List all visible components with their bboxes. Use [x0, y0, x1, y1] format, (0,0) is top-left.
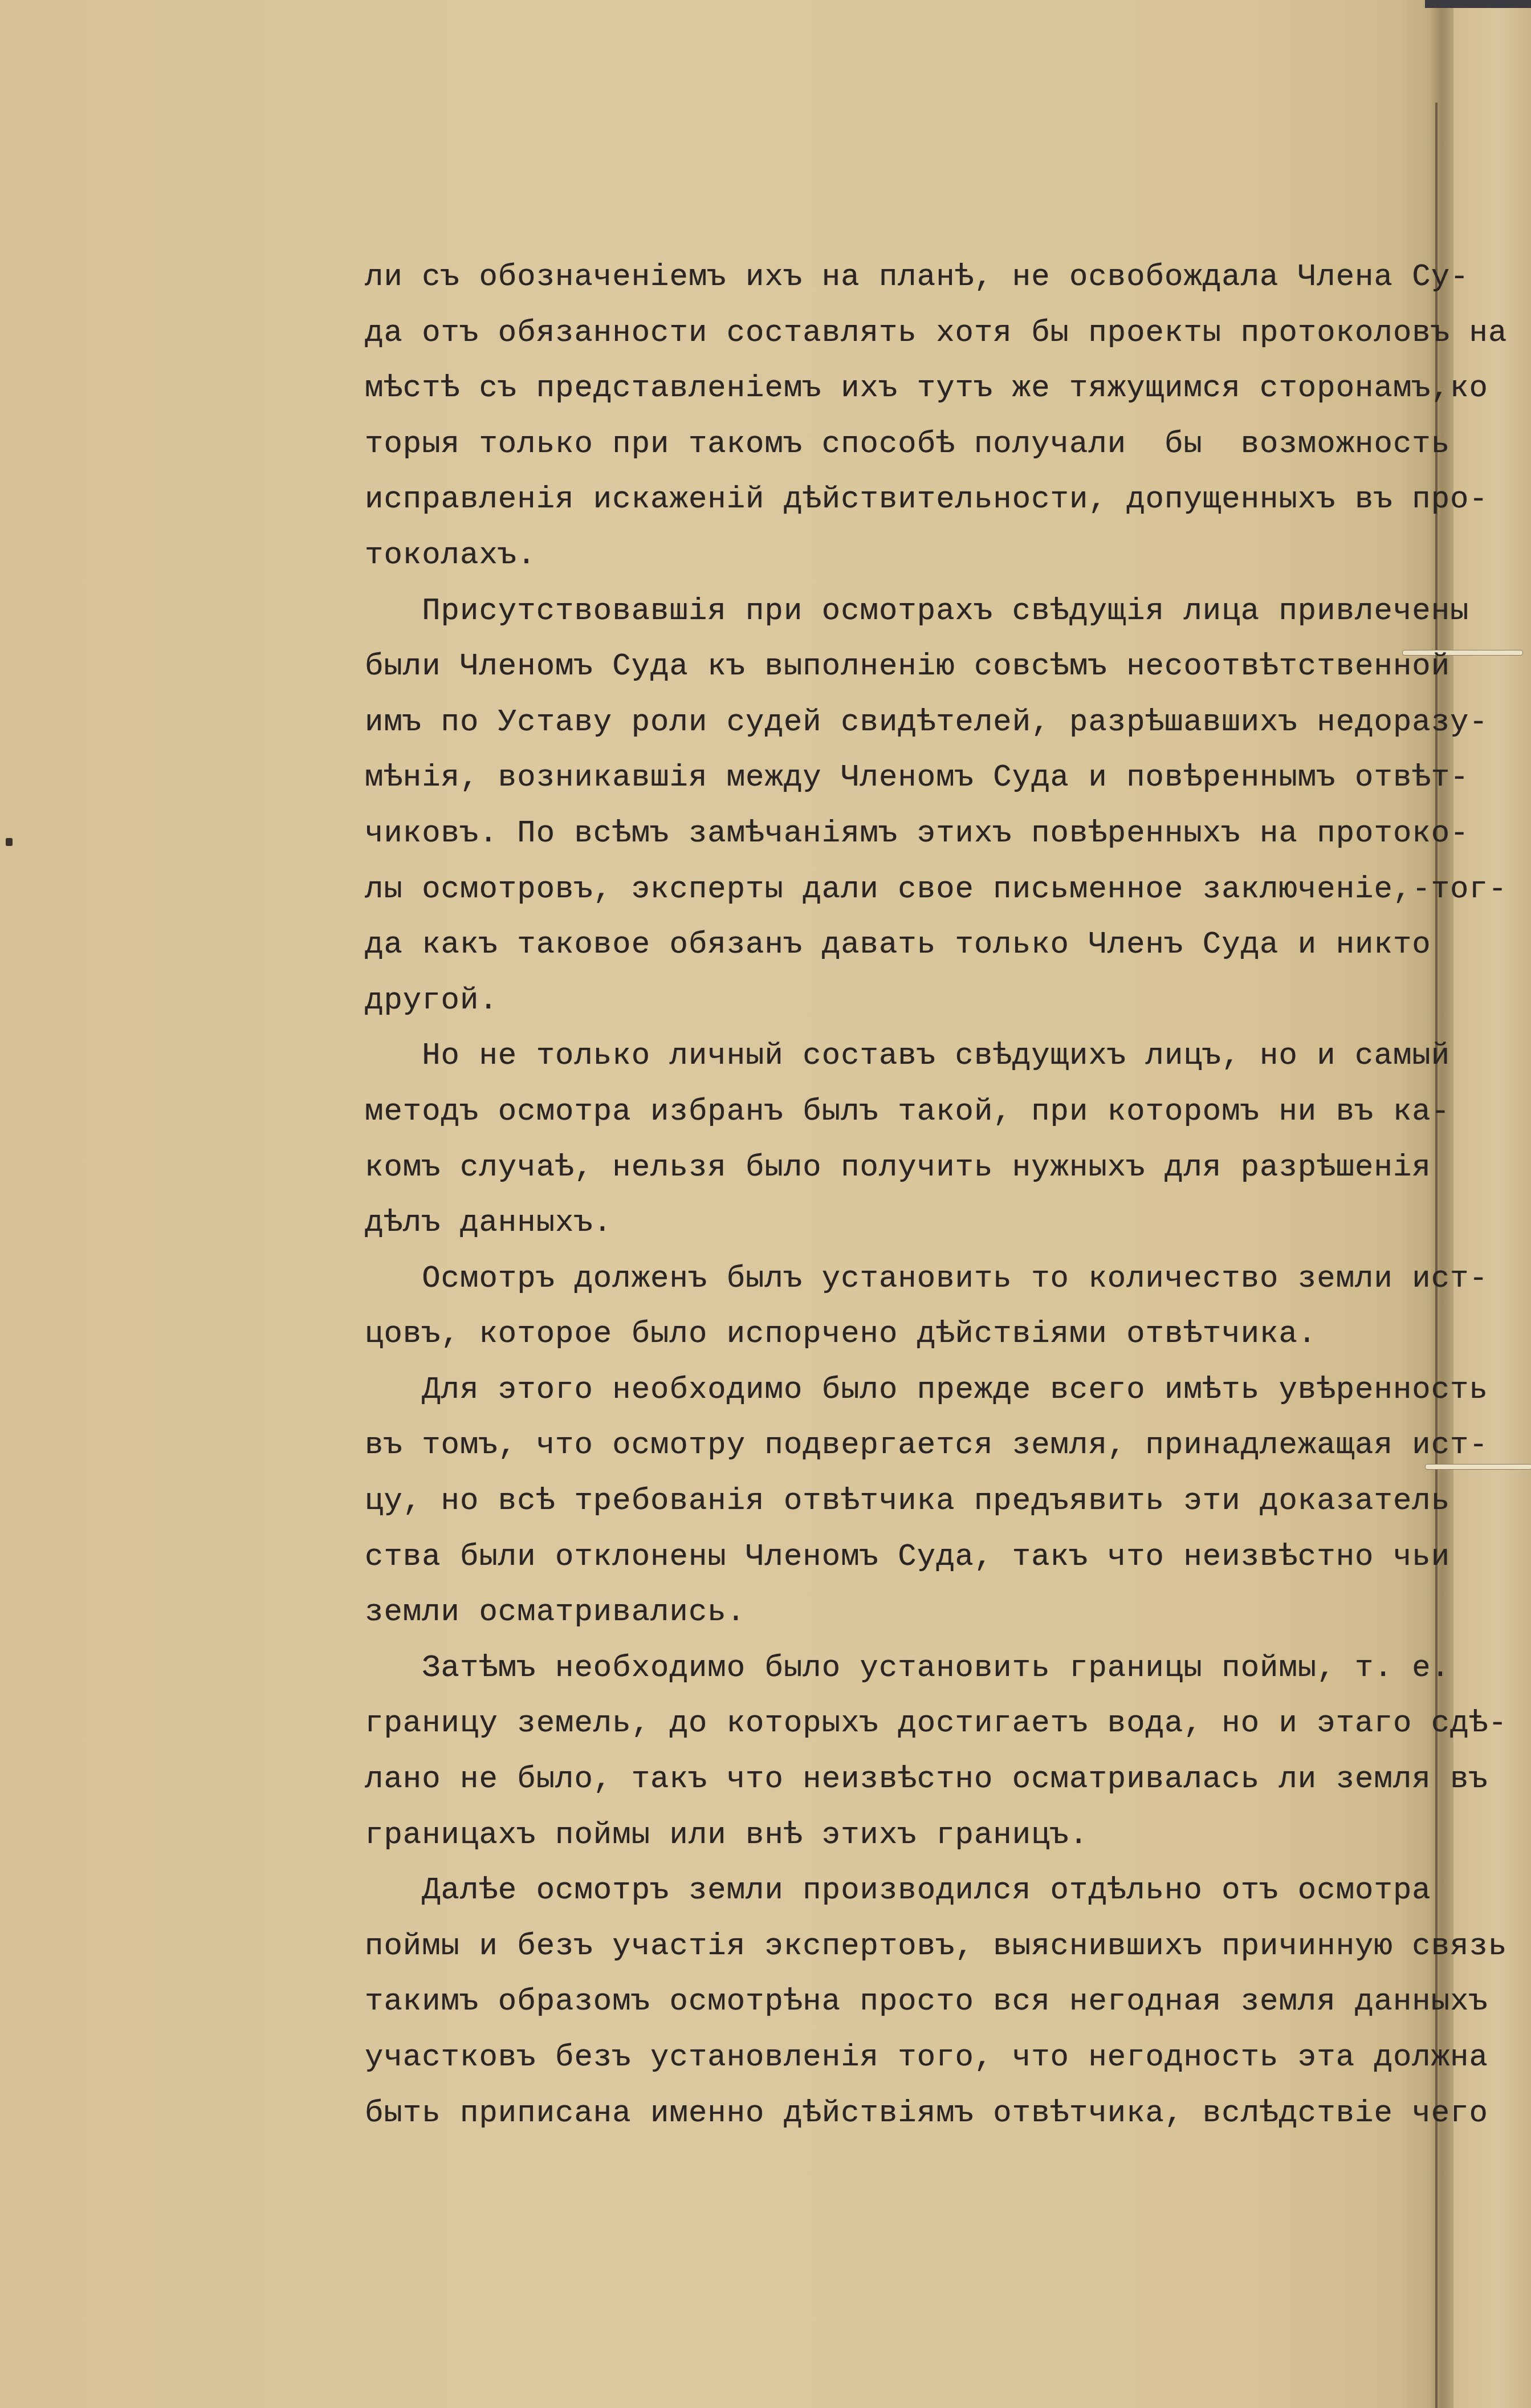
- text-line: да отъ обязанности составлять хотя бы пр…: [365, 306, 1436, 361]
- text-line: цу, но всѣ требованiя отвѣтчика предъяви…: [365, 1474, 1436, 1530]
- text-line: мѣнiя, возникавшiя между Членомъ Суда и …: [365, 750, 1436, 806]
- text-line: лано не было, такъ что неизвѣстно осматр…: [365, 1752, 1436, 1808]
- text-line: чиковъ. По всѣмъ замѣчанiямъ этихъ повѣр…: [365, 806, 1436, 862]
- text-line: цовъ, которое было испорчено дѣйствiями …: [365, 1307, 1436, 1362]
- text-line: въ томъ, что осмотру подвергается земля,…: [365, 1418, 1436, 1474]
- text-line: токолахъ.: [365, 528, 1436, 584]
- text-line: поймы и безъ участiя экспертовъ, выяснив…: [365, 1919, 1436, 1975]
- text-line: участковъ безъ установленiя того, что не…: [365, 2030, 1436, 2086]
- binding-top-shadow: [1425, 0, 1531, 8]
- text-line: Далѣе осмотръ земли производился отдѣльн…: [365, 1863, 1436, 1919]
- text-line: исправленiя искаженiй дѣйствительности, …: [365, 472, 1436, 528]
- text-line: были Членомъ Суда къ выполненiю совсѣмъ …: [365, 639, 1436, 695]
- text-line: такимъ образомъ осмотрѣна просто вся нег…: [365, 1974, 1436, 2030]
- text-line: Осмотръ долженъ былъ установить то колич…: [365, 1251, 1436, 1307]
- text-line: торыя только при такомъ способѣ получали…: [365, 417, 1436, 473]
- text-line: методъ осмотра избранъ былъ такой, при к…: [365, 1084, 1436, 1140]
- text-line: дѣлъ данныхъ.: [365, 1195, 1436, 1251]
- binding-stitch-lower: [1425, 1464, 1531, 1470]
- text-line: Присутствовавшiя при осмотрахъ свѣдущiя …: [365, 584, 1436, 640]
- text-line: границахъ поймы или внѣ этихъ границъ.: [365, 1808, 1436, 1864]
- text-line: имъ по Уставу роли судей свидѣтелей, раз…: [365, 695, 1436, 751]
- text-line: земли осматривались.: [365, 1585, 1436, 1641]
- typewritten-text: ли съ обозначенiемъ ихъ на планѣ, не осв…: [365, 250, 1436, 2141]
- text-line: быть приписана именно дѣйствiямъ отвѣтчи…: [365, 2086, 1436, 2142]
- text-line: мѣстѣ съ представленiемъ ихъ тутъ же тяж…: [365, 361, 1436, 417]
- text-line: другой.: [365, 973, 1436, 1029]
- text-line: да какъ таковое обязанъ давать только Чл…: [365, 917, 1436, 973]
- text-line: Для этого необходимо было прежде всего и…: [365, 1362, 1436, 1418]
- text-line: Но не только личный составъ свѣдущихъ ли…: [365, 1028, 1436, 1084]
- margin-mark: [6, 838, 13, 846]
- text-line: лы осмотровъ, эксперты дали свое письмен…: [365, 862, 1436, 918]
- text-line: границу земель, до которыхъ достигаетъ в…: [365, 1696, 1436, 1752]
- text-line: комъ случаѣ, нельзя было получить нужных…: [365, 1140, 1436, 1196]
- text-line: ства были отклонены Членомъ Суда, такъ ч…: [365, 1530, 1436, 1585]
- text-line: ли съ обозначенiемъ ихъ на планѣ, не осв…: [365, 250, 1436, 306]
- text-line: Затѣмъ необходимо было установить границ…: [365, 1641, 1436, 1697]
